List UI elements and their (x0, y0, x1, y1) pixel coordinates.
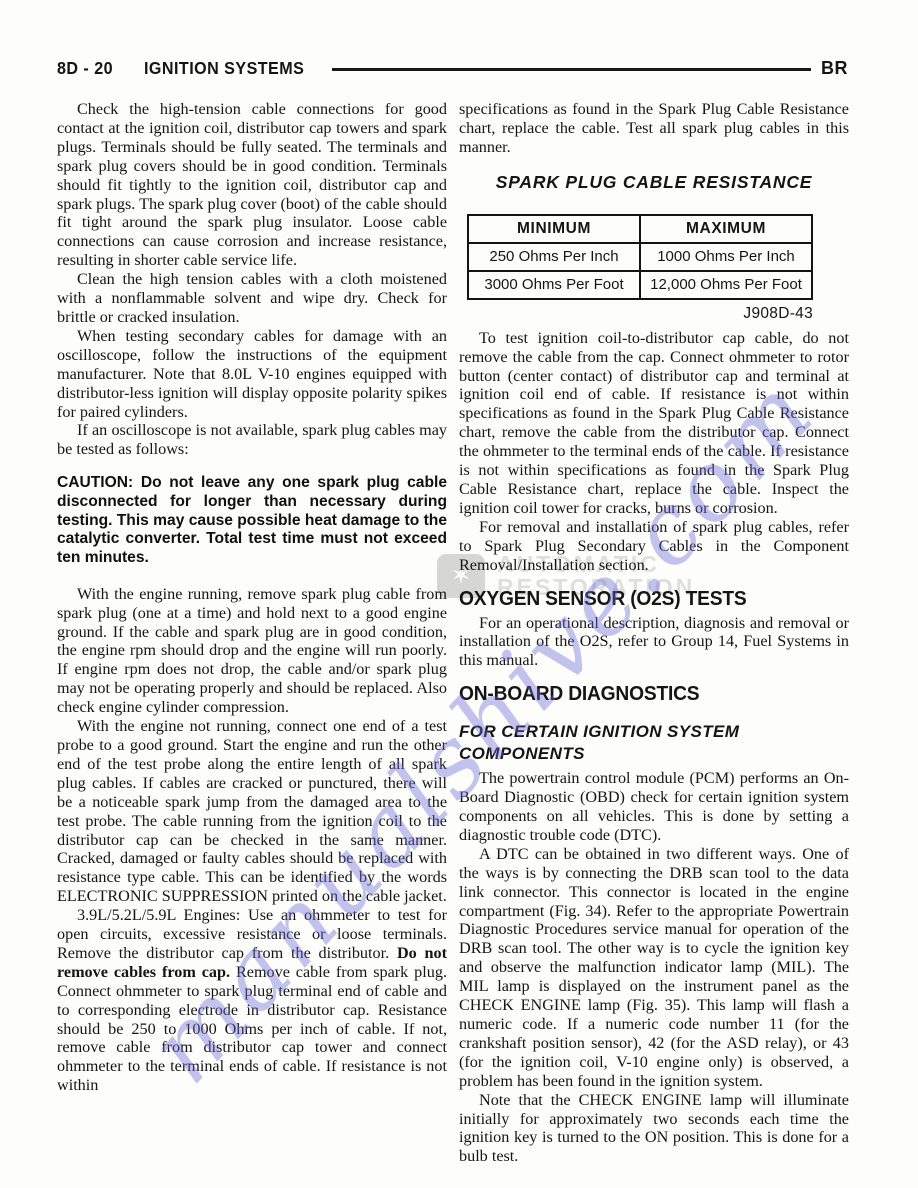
paragraph-removal-installation: For removal and installation of spark pl… (459, 518, 849, 575)
table-header-minimum: MINIMUM (468, 215, 640, 243)
table-row: 3000 Ohms Per Foot 12,000 Ohms Per Foot (468, 271, 812, 299)
table-title: SPARK PLUG CABLE RESISTANCE (459, 172, 849, 193)
figure-code: J908D-43 (459, 305, 813, 323)
paragraph-specifications: specifications as found in the Spark Plu… (459, 100, 849, 157)
table-cell: 1000 Ohms Per Inch (640, 243, 812, 271)
section-title: IGNITION SYSTEMS (144, 58, 304, 79)
caution-note: CAUTION: Do not leave any one spark plug… (57, 474, 447, 568)
left-column: Check the high-tension cable connections… (57, 100, 447, 1095)
paragraph-engine-running: With the engine running, remove spark pl… (57, 585, 447, 717)
paragraph-clean-cables: Clean the high tension cables with a clo… (57, 270, 447, 327)
paragraph-coil-to-distributor: To test ignition coil-to-distributor cap… (459, 329, 849, 518)
table-cell: 3000 Ohms Per Foot (468, 271, 640, 299)
resistance-table: MINIMUM MAXIMUM 250 Ohms Per Inch 1000 O… (467, 214, 813, 300)
table-cell: 12,000 Ohms Per Foot (640, 271, 812, 299)
paragraph-oxygen-sensor: For an operational description, diagnosi… (459, 614, 849, 671)
page-header: 8D - 20 IGNITION SYSTEMS BR (57, 58, 848, 79)
paragraph-engines-ohmmeter: 3.9L/5.2L/5.9L Engines: Use an ohmmeter … (57, 906, 447, 1095)
paragraph-check-cables: Check the high-tension cable connections… (57, 100, 447, 270)
table-header-row: MINIMUM MAXIMUM (468, 215, 812, 243)
table-row: 250 Ohms Per Inch 1000 Ohms Per Inch (468, 243, 812, 271)
right-column: specifications as found in the Spark Plu… (459, 100, 849, 1166)
paragraph-engine-not-running: With the engine not running, connect one… (57, 717, 447, 906)
paragraph-pcm-obd: The powertrain control module (PCM) perf… (459, 769, 849, 845)
page-number: 8D - 20 (57, 58, 113, 79)
engines-text-post: Remove cable from spark plug. Connect oh… (57, 963, 447, 1094)
paragraph-bulb-test: Note that the CHECK ENGINE lamp will ill… (459, 1091, 849, 1167)
heading-onboard-diagnostics: ON-BOARD DIAGNOSTICS (459, 683, 833, 706)
table-header-maximum: MAXIMUM (640, 215, 812, 243)
paragraph-dtc-ways: A DTC can be obtained in two different w… (459, 845, 849, 1091)
table-cell: 250 Ohms Per Inch (468, 243, 640, 271)
subheading-ignition-components: FOR CERTAIN IGNITION SYSTEM COMPONENTS (459, 721, 804, 764)
header-rule (332, 68, 811, 71)
manual-page: ✶ AUTOMATIC RESTORATION 8D - 20 IGNITION… (0, 0, 918, 1188)
paragraph-oscilloscope: When testing secondary cables for damage… (57, 327, 447, 422)
heading-oxygen-sensor-tests: OXYGEN SENSOR (O2S) TESTS (459, 588, 833, 611)
paragraph-if-unavailable: If an oscilloscope is not available, spa… (57, 421, 447, 459)
edition-code: BR (821, 58, 848, 79)
engines-text-pre: 3.9L/5.2L/5.9L Engines: Use an ohmmeter … (57, 906, 447, 962)
